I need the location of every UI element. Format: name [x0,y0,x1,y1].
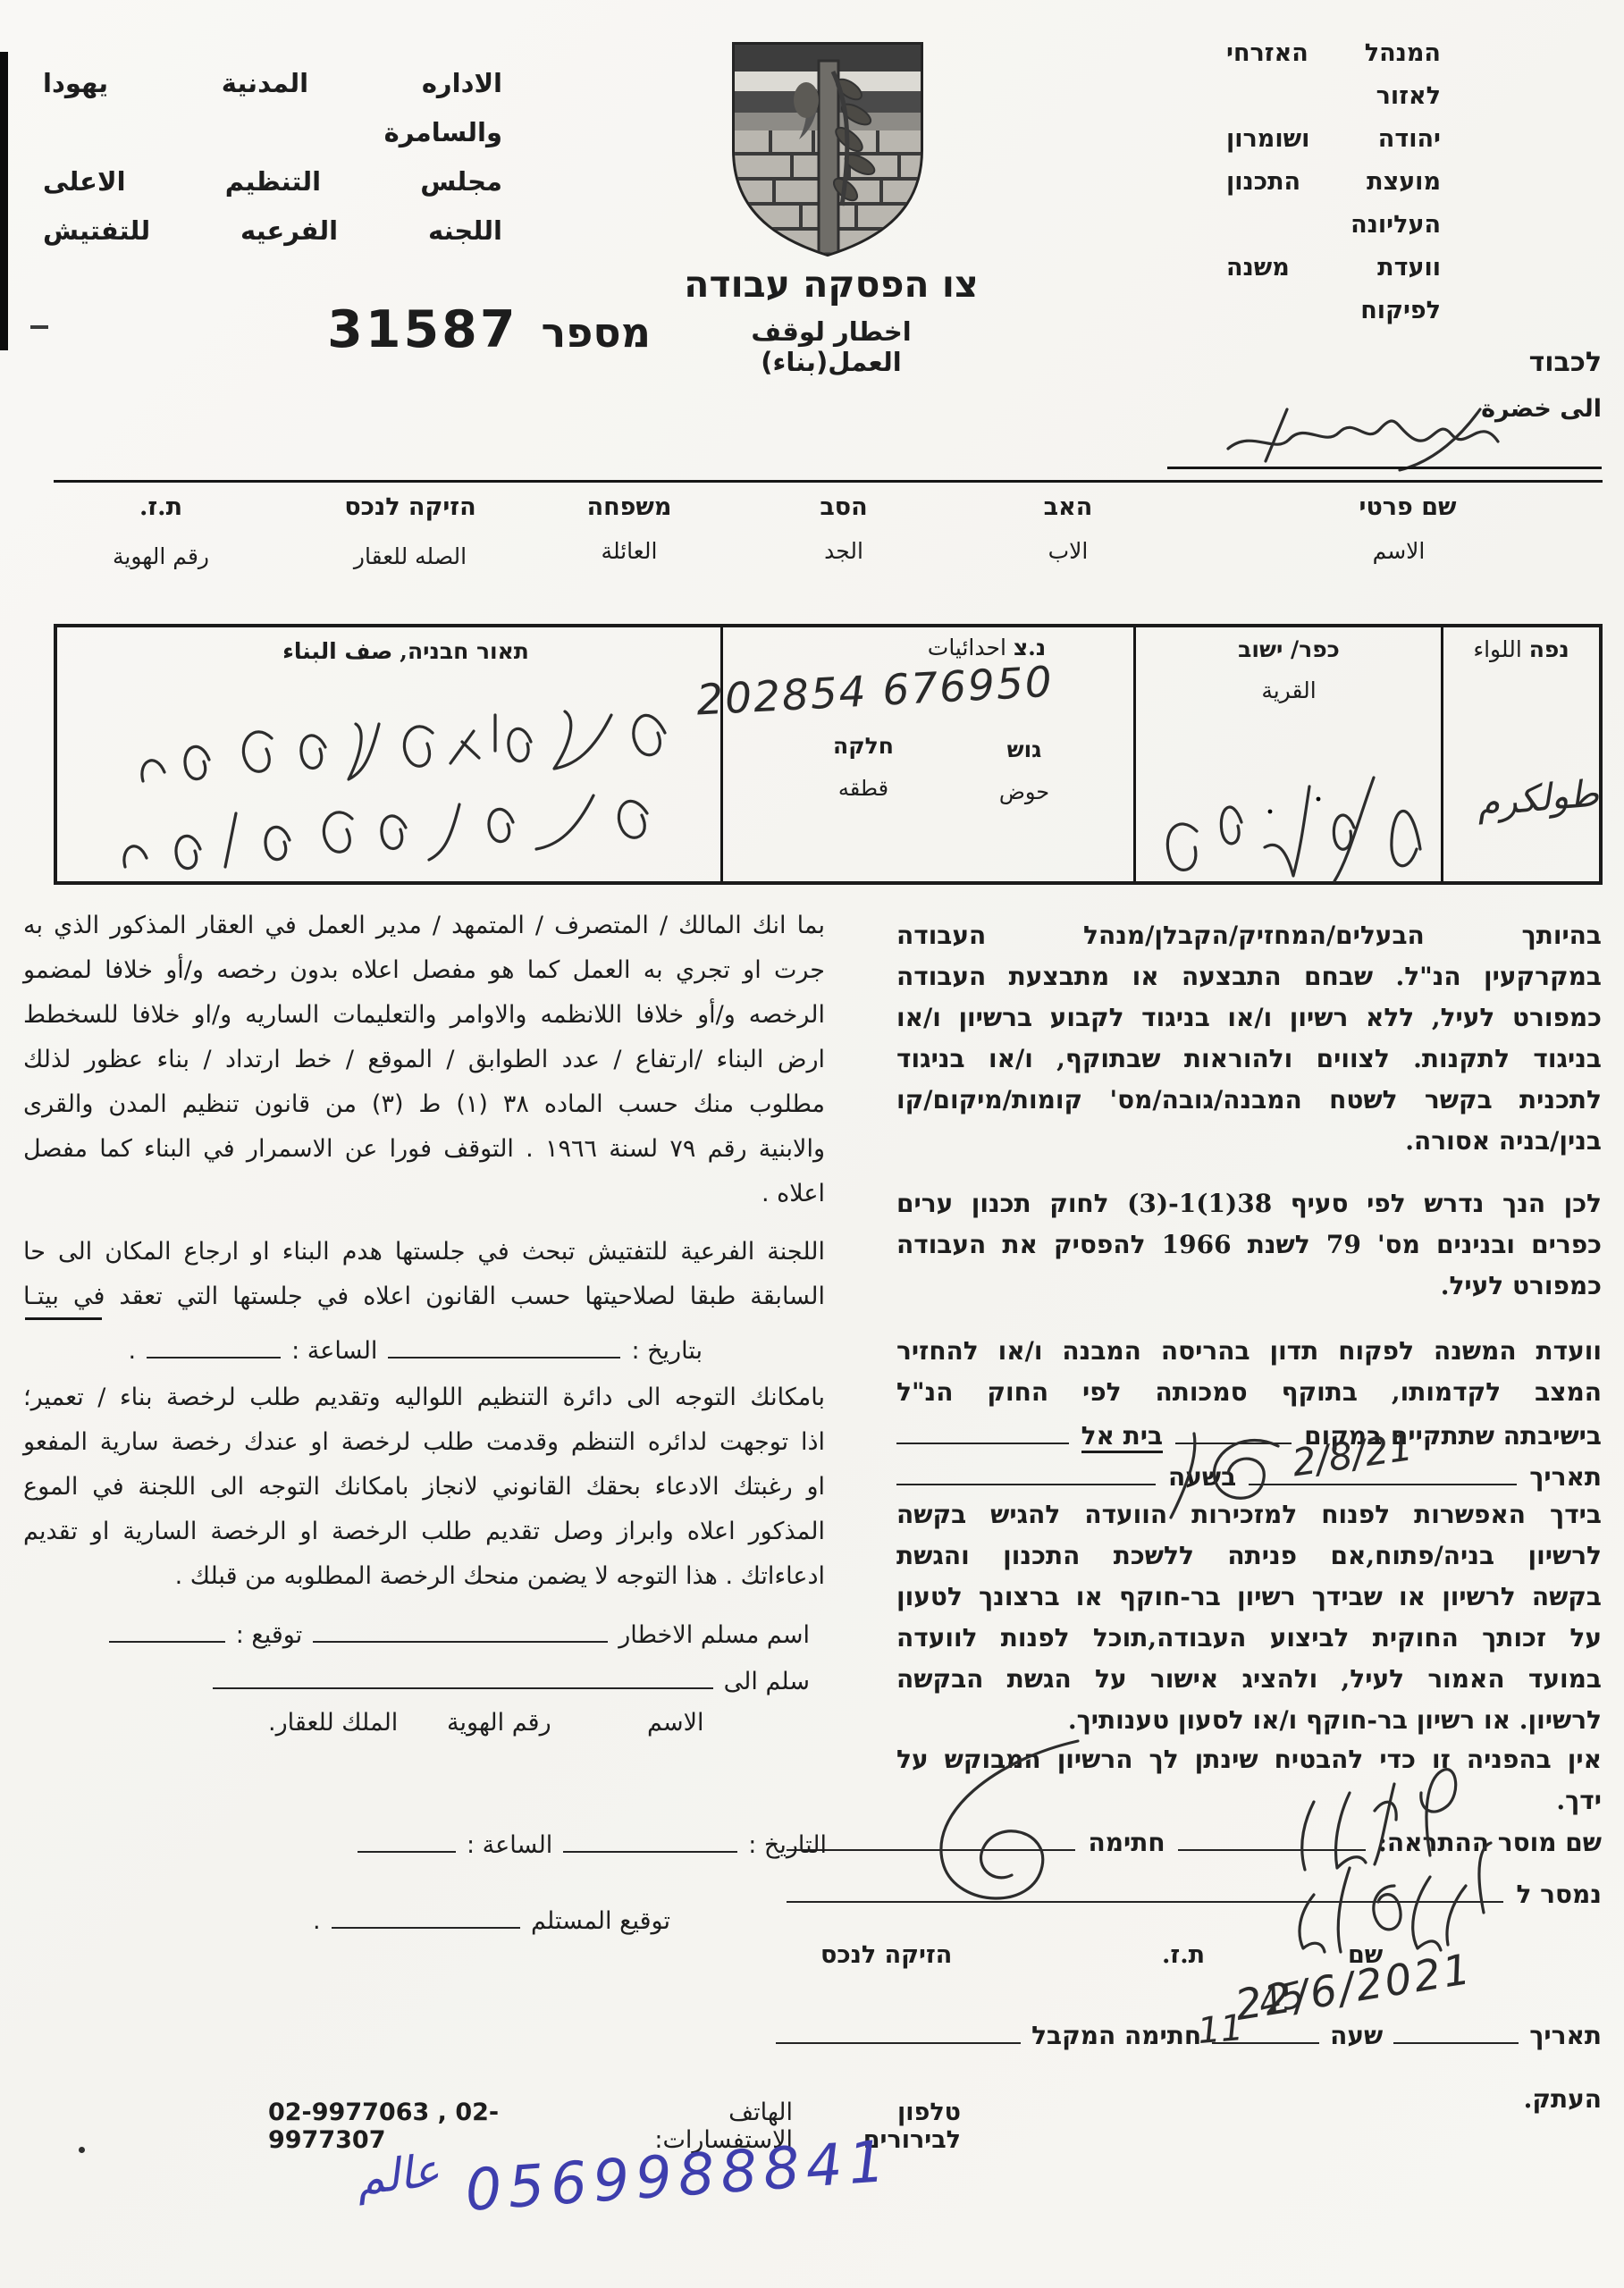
receiver-signature-blank [776,2018,1021,2044]
field-firstname-he: שם פרטי [1305,493,1510,521]
ar-body-line: الرخصه و/أو خلافا اللانظمه والاوامر والت… [23,1001,825,1029]
scan-dot [79,2147,85,2153]
receive-hour-label: שעה [1330,2021,1383,2050]
ar-body-line: المذكور اعلاه وابراز وصل تقديم طلب الرخص… [23,1518,825,1545]
ar-receive-date-label: التاريخ : [748,1831,827,1859]
meeting-date-label: תאריך [1529,1462,1602,1492]
block-label-he: גוש [989,736,1060,762]
village-label-he: כפר/ ישוב [1137,636,1441,662]
ar-notifier-blank [313,1618,608,1643]
district-label-ar: اللواء [1473,636,1521,662]
org-ar-line: الاداره المدنية يهودا [43,59,502,108]
he-body-line: לרשיון. או רשיון בר-חוקף ו/או לסעון טענו… [896,1705,1602,1735]
org-he-line: וועדת משנה לפיקוח [1226,247,1441,332]
district-label-he: נפה [1529,636,1569,662]
org-he-line: מועצת התכנון העליונה [1226,161,1441,247]
block-label-ar: حوض [989,779,1060,804]
handwritten-village-scribble [1143,742,1438,894]
ar-receive-hour-label: الساعة : [467,1831,552,1859]
he-body-line: לרשיון בניה/פתוח,אם פניתה ללשכת התכנון ו… [896,1541,1602,1570]
receiver-id-label: ת.ז. [1162,1941,1205,1969]
org-he-line: המנהל האזרחי לאזור [1226,32,1441,118]
ar-notifier-row: اسم مسلم الاخطار توقيع : [23,1618,810,1649]
document-title-arabic: اخطار لوقف العمل(بناء) [679,316,983,377]
ar-delivered-row: سلم الى [23,1664,810,1695]
ar-meeting-dot: . [129,1337,137,1365]
arabic-place-underline [25,1317,102,1320]
org-ar-line: والسامرة [43,108,502,157]
order-number: מספר 31587 [248,300,651,359]
receive-date-label: תאריך [1529,2021,1602,2050]
table-divider [1133,627,1136,881]
ar-meeting-date-line: بتاريخ : الساعة : . [23,1333,703,1365]
he-body-line: לכן הנך נדרש לפי סעיף 38(1)1-(3) לחוק תכ… [896,1189,1602,1218]
handwritten-flourish-loop [890,1732,1105,1920]
org-ar-line: مجلس التنظيم الاعلى [43,157,502,206]
meeting-hour-blank [896,1459,1156,1485]
ar-signature-blank [109,1618,225,1643]
delivered-to-label: נמסר ל [1516,1880,1602,1909]
ar-notifier-label: اسم مسلم الاخطار [618,1621,810,1649]
receive-date-blank [1393,2018,1519,2044]
ar-receiver-id-label: رقم الهوية [447,1709,551,1737]
ar-receiver-name-label: الاسم [647,1709,704,1737]
org-header-hebrew: המנהל האזרחי לאזור יהודה ושומרון מועצת ה… [1226,32,1441,332]
ar-delivered-label: سلم الى [724,1668,810,1695]
he-body-line: כמפורט לעיל, ללא רשיון ו/או בניגוד לקבוע… [896,1003,1602,1032]
he-body-line: במקרקעין הנ"ל. שבחם התבצעה או מתבצעת העב… [896,962,1602,991]
ar-receive-date-blank [563,1828,737,1853]
field-id-ar: رقم الهوية [63,543,259,569]
ar-body-line: اعلاه . [23,1180,825,1207]
field-father-ar: الاب [1001,538,1135,564]
ar-receive-hour-blank [358,1828,456,1853]
handwritten-addressee-name-scribble [1212,399,1519,474]
ar-body-line: السابقة طبقا لصلاحيتها حسب القانون اعلاه… [23,1283,825,1310]
org-ar-line: اللجنه الفرعيه للتفتيش [43,206,502,256]
ar-receiver-signature-label: توقيع المستلم [531,1907,670,1935]
description-label-he: תאור חבניה, [400,638,529,664]
village-label-ar: القرية [1137,677,1441,703]
ar-body-line: ارض البناء /ارتفاع / عدد الطوابق / الموق… [23,1046,825,1073]
field-firstname-ar: الاسم [1305,538,1493,564]
he-body-line: בקשה לרשיון או שבידך רשיון בר-חוקף או בר… [896,1582,1602,1611]
ar-receive-date-row: التاريخ : الساعة : [358,1828,827,1859]
receiver-signature-label: חתימה המקבל [1031,2021,1201,2050]
meeting-place-blank [896,1418,1069,1444]
handwritten-district: طولكرم [1454,771,1601,827]
field-father-he: האב [1001,493,1135,521]
ar-receiver-signature-blank [332,1904,520,1929]
coordinates-label-ar: احدائيات [928,635,1006,660]
order-number-value: 31587 [327,300,517,359]
district-cell-label: נפה اللواء [1443,636,1599,662]
ar-body-line: مطلوب منك حسب الماده ٣٨ (١) ط (٣) من قان… [23,1090,825,1118]
header-divider-rule [54,480,1603,483]
ar-receiver-dot: . [313,1907,321,1935]
addressee-label-hebrew: לכבוד [1494,347,1602,378]
handwritten-coordinates: 202854 676950 [695,653,1126,725]
field-relation-he: הזיקה לנכס [300,493,520,521]
civil-administration-emblem [720,36,935,259]
field-family-ar: العائلة [552,538,706,564]
receive-date-row: תאריך שעה חתימה המקבל [776,2018,1602,2050]
description-label-ar: صف البناء [282,638,392,664]
field-grandfather-he: הסב [785,493,903,521]
parcel-label-ar: قطقه [819,776,908,801]
he-body-line: בניגוד לתקנות. לצווים ולהוראות שבתוקף, ו… [896,1044,1602,1073]
ar-delivered-blank [213,1664,713,1689]
ar-body-line: اللجنة الفرعية للتفتيش تبحث في جلستها هد… [23,1238,825,1266]
he-body-line: לתכנית בקשר לשטח המבנה/גובה/מס' קומות/מי… [896,1085,1602,1115]
field-grandfather-ar: الجد [785,538,903,564]
ar-meeting-hour-blank [147,1333,281,1358]
ar-owner-label: الملك للعقار. [268,1709,398,1737]
order-number-label: מספר [541,308,651,357]
he-body-line: כפרים ובנינים מס' 79 לשנת 1966 להפסיק את… [896,1230,1602,1259]
ar-body-line: بامكانك التوجه الى دائرة التنظيم اللوالي… [23,1384,825,1411]
he-body-line: בהיותך הבעלים/המחזיק/הקבלן/מנהל העבודה [896,921,1602,950]
he-body-line: וועדת המשנה לפקוח תדון בהריסה המבנה ו/או… [896,1336,1602,1366]
ar-meeting-date-label: بتاريخ : [631,1337,703,1365]
ar-body-line: ادعاءاتك . هذا التوجه لا يضمن منحك الرخص… [23,1562,825,1590]
coordinates-label-he: נ.צ [1014,635,1046,660]
location-table: נפה اللواء طولكرم כפר/ ישוב القرية נ.צ ا… [54,624,1603,885]
field-relation-ar: الصله للعقار [300,543,520,569]
org-he-line: יהודה ושומרון [1226,118,1441,161]
receiver-relation-label: הזיקה לנכס [820,1941,952,1969]
parcel-label-he: חלקה [819,733,908,759]
table-divider [720,627,723,881]
field-family-he: משפחה [552,493,706,521]
description-label: תאור חבניה, صف البناء [209,638,602,664]
scan-speck [30,325,48,329]
table-divider [1441,627,1443,881]
scanned-stop-work-order: الاداره المدنية يهودا والسامرة مجلس التن… [0,0,1624,2288]
ar-body-line: والابنية رقم ٧٩ لسنة ١٩٦٦ . التوقف فورا … [23,1135,825,1163]
copy-label: העתק. [1475,2084,1602,2114]
he-body-line: בנין/בניה אסורה. [896,1126,1602,1156]
org-header-arabic: الاداره المدنية يهودا والسامرة مجلس التن… [43,59,502,256]
ar-body-line: جرت او تجري به العمل كما هو مفصل اعلاه ب… [23,956,825,984]
he-body-line: כמפורט לעיל. [896,1271,1602,1300]
ar-body-line: اذا توجهت لدائره التنظم وقدمت طلب لرخصة … [23,1428,825,1456]
addressee-underline [1167,467,1602,469]
he-body-line: בידך האפשרות לפנוח למזכירות הוועדה להגיש… [896,1500,1602,1529]
ar-body-line: بما انك المالك / المتصرف / المتمهد / مدي… [23,912,825,939]
document-title-hebrew: צו הפסקה עבודה [669,263,994,306]
he-body-line: במועד האמור לעיל, ולהציג אישור על הגשת ה… [896,1664,1602,1694]
scan-edge-artifact [0,52,8,350]
ar-meeting-hour-label: الساعة : [291,1337,377,1365]
he-body-line: המצב לקדמותו, בתוקף סמכותה לפי החוק הנ"ל [896,1377,1602,1407]
he-body-line: על זכותך החוקית לביצוע העבודה,תוכל לפנות… [896,1623,1602,1653]
ar-meeting-date-blank [388,1333,620,1358]
ar-receiver-signature-row: توقيع المستلم . [313,1904,670,1935]
ar-signature-label: توقيع : [236,1621,303,1649]
ar-body-line: او رغبتك الادعاء بحقك القانوني لانجاز با… [23,1473,825,1501]
handwritten-delivered-to-name [1260,1832,1510,1957]
handwritten-delivery-hour: 11 [1196,2007,1245,2052]
field-id-he: ת.ז. [63,493,259,521]
handwritten-description-scribble [75,679,710,885]
